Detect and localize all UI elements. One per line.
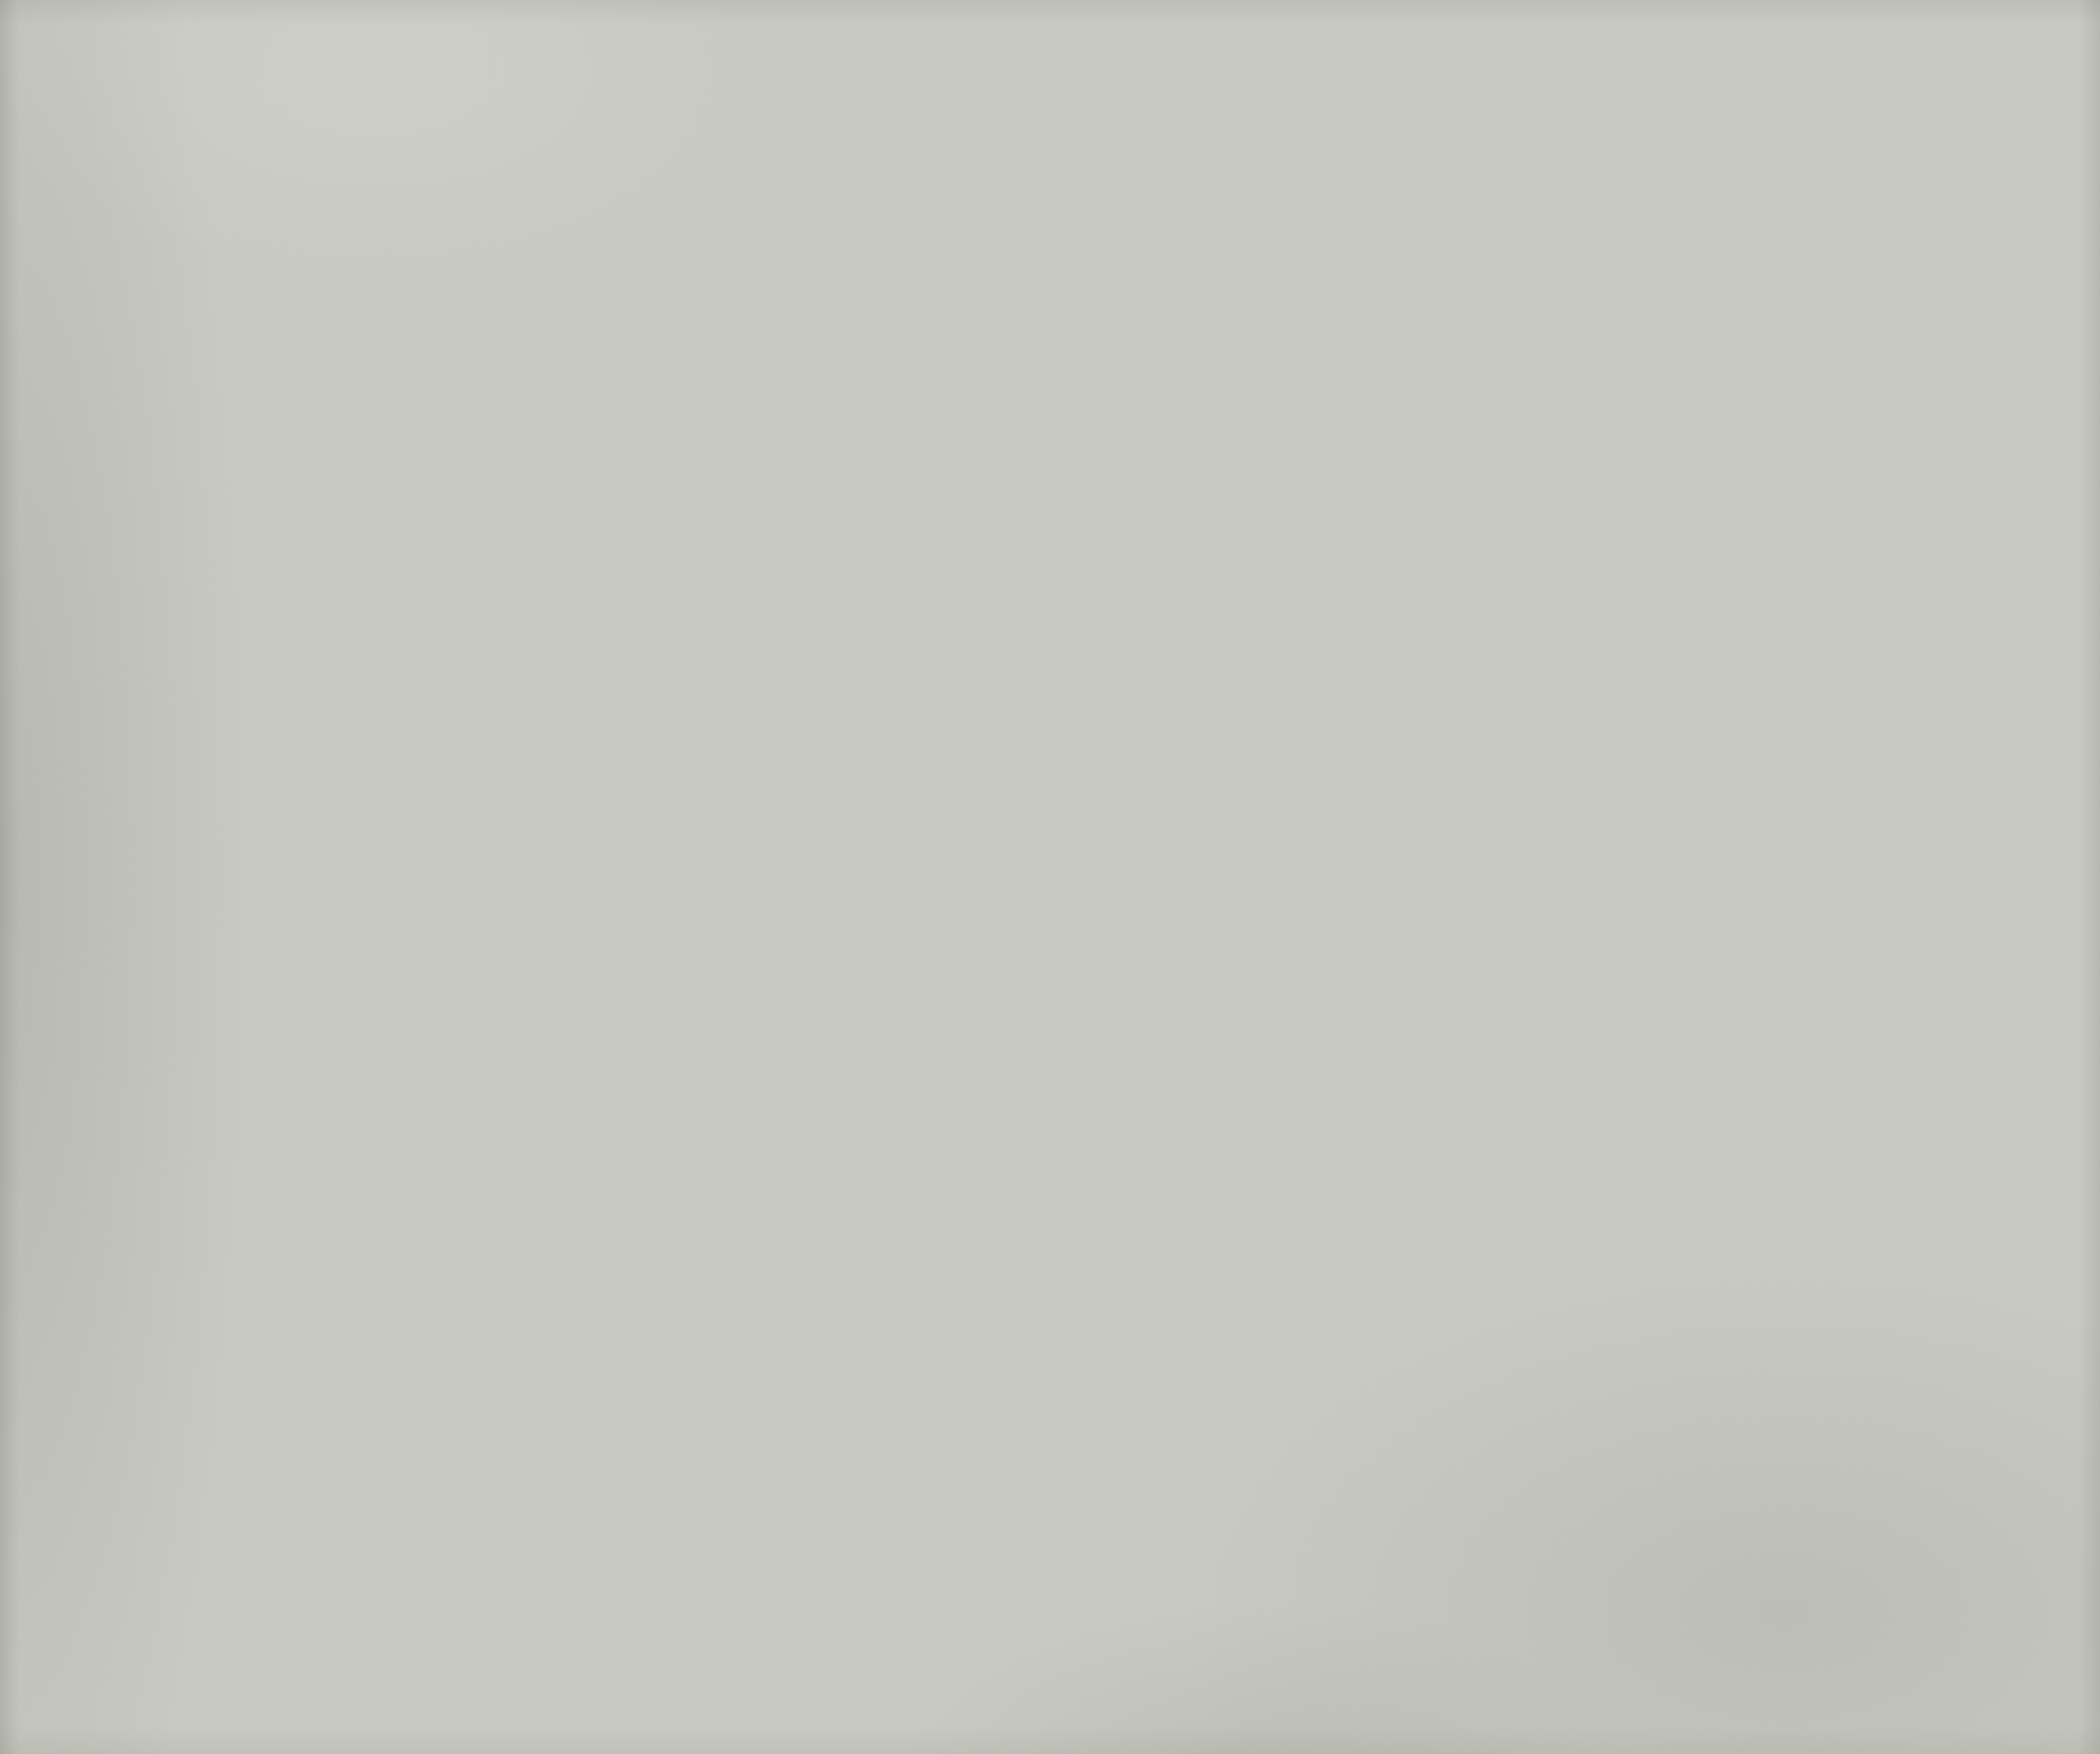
scanned-census-sheet [0,0,2100,1754]
